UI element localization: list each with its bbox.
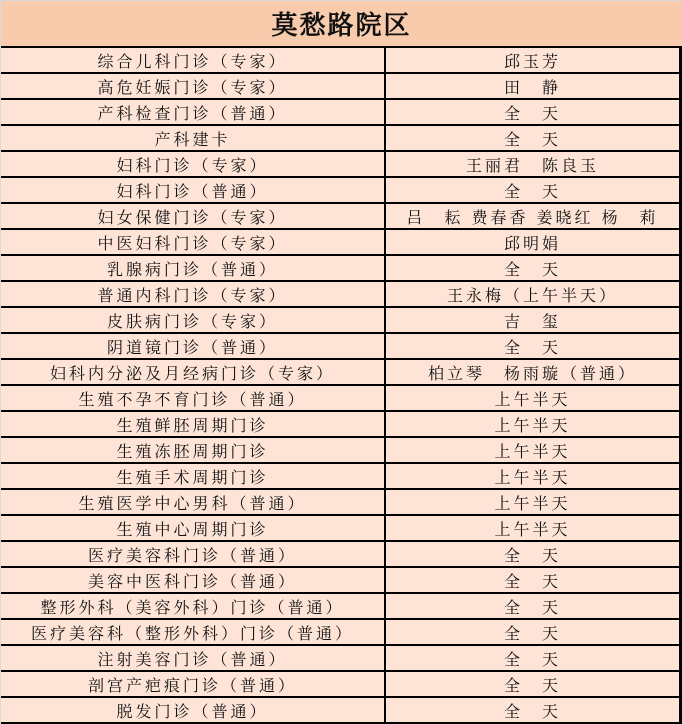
table-row: 美容中医科门诊（普通）全 天 bbox=[1, 567, 681, 593]
table-row: 脱发门诊（普通）全 天 bbox=[1, 697, 681, 723]
doctor-schedule-cell: 吉 玺 bbox=[385, 307, 681, 333]
doctor-schedule-cell: 王永梅（上午半天） bbox=[385, 281, 681, 307]
table-row: 产科检查门诊（普通）全 天 bbox=[1, 99, 681, 125]
doctor-schedule-cell: 田 静 bbox=[385, 73, 681, 99]
department-cell: 妇科门诊（专家） bbox=[1, 151, 385, 177]
doctor-schedule-cell: 上午半天 bbox=[385, 385, 681, 411]
table-row: 乳腺病门诊（普通）全 天 bbox=[1, 255, 681, 281]
department-cell: 生殖中心周期门诊 bbox=[1, 515, 385, 541]
department-cell: 普通内科门诊（专家） bbox=[1, 281, 385, 307]
department-cell: 整形外科（美容外科）门诊（普通） bbox=[1, 593, 385, 619]
doctor-schedule-cell: 全 天 bbox=[385, 333, 681, 359]
doctor-schedule-cell: 全 天 bbox=[385, 177, 681, 203]
department-cell: 皮肤病门诊（专家） bbox=[1, 307, 385, 333]
department-cell: 综合儿科门诊（专家） bbox=[1, 48, 385, 73]
doctor-schedule-cell: 吕 耘 费春香 姜晓红 杨 莉 bbox=[385, 203, 681, 229]
table-row: 高危妊娠门诊（专家）田 静 bbox=[1, 73, 681, 99]
doctor-schedule-cell: 全 天 bbox=[385, 593, 681, 619]
department-cell: 阴道镜门诊（普通） bbox=[1, 333, 385, 359]
schedule-sheet: 莫愁路院区 综合儿科门诊（专家）邱玉芳高危妊娠门诊（专家）田 静产科检查门诊（普… bbox=[1, 1, 682, 724]
table-row: 产科建卡全 天 bbox=[1, 125, 681, 151]
page-title: 莫愁路院区 bbox=[1, 1, 682, 48]
table-row: 妇科内分泌及月经病门诊（专家）柏立琴 杨雨璇（普通） bbox=[1, 359, 681, 385]
table-row: 普通内科门诊（专家）王永梅（上午半天） bbox=[1, 281, 681, 307]
table-row: 妇科门诊（专家）王丽君 陈良玉 bbox=[1, 151, 681, 177]
doctor-schedule-cell: 上午半天 bbox=[385, 411, 681, 437]
table-row: 剖宫产疤痕门诊（普通）全 天 bbox=[1, 671, 681, 697]
schedule-table: 综合儿科门诊（专家）邱玉芳高危妊娠门诊（专家）田 静产科检查门诊（普通）全 天产… bbox=[1, 48, 682, 724]
table-row: 中医妇科门诊（专家）邱明娟 bbox=[1, 229, 681, 255]
doctor-schedule-cell: 王丽君 陈良玉 bbox=[385, 151, 681, 177]
doctor-schedule-cell: 全 天 bbox=[385, 671, 681, 697]
doctor-schedule-cell: 邱明娟 bbox=[385, 229, 681, 255]
doctor-schedule-cell: 全 天 bbox=[385, 125, 681, 151]
doctor-schedule-cell: 柏立琴 杨雨璇（普通） bbox=[385, 359, 681, 385]
table-row: 医疗美容科门诊（普通）全 天 bbox=[1, 541, 681, 567]
department-cell: 生殖不孕不育门诊（普通） bbox=[1, 385, 385, 411]
department-cell: 产科检查门诊（普通） bbox=[1, 99, 385, 125]
department-cell: 医疗美容科（整形外科）门诊（普通） bbox=[1, 619, 385, 645]
department-cell: 妇女保健门诊（专家） bbox=[1, 203, 385, 229]
department-cell: 生殖鲜胚周期门诊 bbox=[1, 411, 385, 437]
department-cell: 医疗美容科门诊（普通） bbox=[1, 541, 385, 567]
department-cell: 生殖医学中心男科（普通） bbox=[1, 489, 385, 515]
doctor-schedule-cell: 邱玉芳 bbox=[385, 48, 681, 73]
table-row: 皮肤病门诊（专家）吉 玺 bbox=[1, 307, 681, 333]
department-cell: 美容中医科门诊（普通） bbox=[1, 567, 385, 593]
doctor-schedule-cell: 全 天 bbox=[385, 567, 681, 593]
table-row: 生殖鲜胚周期门诊上午半天 bbox=[1, 411, 681, 437]
department-cell: 妇科门诊（普通） bbox=[1, 177, 385, 203]
department-cell: 妇科内分泌及月经病门诊（专家） bbox=[1, 359, 385, 385]
department-cell: 中医妇科门诊（专家） bbox=[1, 229, 385, 255]
department-cell: 高危妊娠门诊（专家） bbox=[1, 73, 385, 99]
table-row: 综合儿科门诊（专家）邱玉芳 bbox=[1, 48, 681, 73]
table-row: 生殖医学中心男科（普通）上午半天 bbox=[1, 489, 681, 515]
doctor-schedule-cell: 全 天 bbox=[385, 255, 681, 281]
department-cell: 乳腺病门诊（普通） bbox=[1, 255, 385, 281]
doctor-schedule-cell: 全 天 bbox=[385, 541, 681, 567]
table-row: 妇科门诊（普通）全 天 bbox=[1, 177, 681, 203]
table-row: 生殖冻胚周期门诊上午半天 bbox=[1, 437, 681, 463]
doctor-schedule-cell: 全 天 bbox=[385, 619, 681, 645]
table-row: 生殖中心周期门诊上午半天 bbox=[1, 515, 681, 541]
doctor-schedule-cell: 上午半天 bbox=[385, 489, 681, 515]
department-cell: 产科建卡 bbox=[1, 125, 385, 151]
table-row: 生殖不孕不育门诊（普通）上午半天 bbox=[1, 385, 681, 411]
doctor-schedule-cell: 上午半天 bbox=[385, 463, 681, 489]
doctor-schedule-cell: 全 天 bbox=[385, 645, 681, 671]
department-cell: 注射美容门诊（普通） bbox=[1, 645, 385, 671]
table-row: 生殖手术周期门诊上午半天 bbox=[1, 463, 681, 489]
doctor-schedule-cell: 上午半天 bbox=[385, 515, 681, 541]
table-row: 妇女保健门诊（专家）吕 耘 费春香 姜晓红 杨 莉 bbox=[1, 203, 681, 229]
table-row: 阴道镜门诊（普通）全 天 bbox=[1, 333, 681, 359]
doctor-schedule-cell: 全 天 bbox=[385, 99, 681, 125]
schedule-table-body: 综合儿科门诊（专家）邱玉芳高危妊娠门诊（专家）田 静产科检查门诊（普通）全 天产… bbox=[1, 48, 681, 723]
table-row: 医疗美容科（整形外科）门诊（普通）全 天 bbox=[1, 619, 681, 645]
table-row: 注射美容门诊（普通）全 天 bbox=[1, 645, 681, 671]
doctor-schedule-cell: 上午半天 bbox=[385, 437, 681, 463]
doctor-schedule-cell: 全 天 bbox=[385, 697, 681, 723]
department-cell: 剖宫产疤痕门诊（普通） bbox=[1, 671, 385, 697]
department-cell: 脱发门诊（普通） bbox=[1, 697, 385, 723]
department-cell: 生殖冻胚周期门诊 bbox=[1, 437, 385, 463]
department-cell: 生殖手术周期门诊 bbox=[1, 463, 385, 489]
table-row: 整形外科（美容外科）门诊（普通）全 天 bbox=[1, 593, 681, 619]
